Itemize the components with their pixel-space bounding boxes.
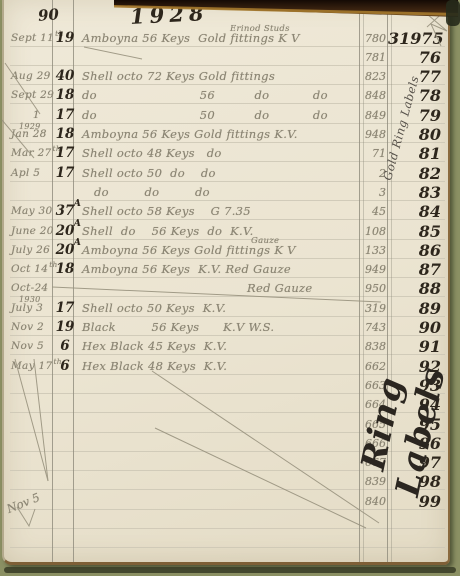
entry-description: Shell octo 48 Keys do <box>82 145 362 162</box>
quantity: 18 <box>53 126 77 143</box>
order-number: 781 <box>362 49 386 66</box>
ledger-row: Aug 2940Shell octo 72 Keys Gold fittings… <box>4 68 448 85</box>
quantity-note: A <box>74 195 81 212</box>
ledger-row: Sept 2918do 56 do do84878 <box>4 87 448 104</box>
ruled-line <box>10 547 445 548</box>
order-number: 948 <box>362 126 386 143</box>
entry-description: Black 56 Keys K.V W.S. <box>82 319 362 336</box>
entry-description: Shell octo 50 do do <box>82 165 362 182</box>
date-year-note: 1930 <box>19 291 41 308</box>
quantity: 17 <box>53 145 77 162</box>
entry-note: Gauze <box>251 233 279 250</box>
order-number: 949 <box>362 261 386 278</box>
ledger-row: Sept 11th19Amboyna 56 Keys Gold fittings… <box>4 30 448 47</box>
ledger-row: Mar 27th17Shell octo 48 Keys do7181 <box>4 145 448 162</box>
entry-date: May 30 <box>11 203 55 220</box>
quantity: 18 <box>53 87 77 104</box>
ledger-row: 78176 <box>4 49 448 66</box>
ledger-row: May 3037AShell octo 58 Keys G 7.354584 <box>4 203 448 220</box>
quantity: 6 <box>53 338 77 355</box>
entry-note: Erinod Studs <box>230 21 290 38</box>
entry-date: July 26 <box>11 242 55 259</box>
order-number: 823 <box>362 68 386 85</box>
quantity: 17 <box>53 107 77 124</box>
serial-number: 31975 <box>388 30 441 48</box>
quantity: 19 <box>53 319 77 336</box>
page-bottom-shadow <box>4 567 456 573</box>
serial-number: 87 <box>388 261 441 279</box>
entry-date: Sept 29 <box>11 87 55 104</box>
entry-description: Shell octo 50 Keys K.V. <box>82 300 362 317</box>
serial-number: 84 <box>388 203 441 221</box>
entry-description: Hex Black 48 Keys K.V. <box>82 358 362 375</box>
entry-description: Shell do 56 Keys do K.V. <box>82 223 362 240</box>
order-number: 780 <box>362 30 386 47</box>
entry-date: May 17th <box>11 358 55 375</box>
entry-description: Shell octo 58 Keys G 7.35 <box>82 203 362 220</box>
entry-description: Amboyna 56 Keys K.V. Red Gauze <box>82 261 362 278</box>
order-number: 848 <box>362 87 386 104</box>
order-number: 133 <box>362 242 386 259</box>
ledger-row: June 2020AShell do 56 Keys do K.V.10885 <box>4 223 448 240</box>
quantity: 40 <box>53 68 77 85</box>
year-heading: 1928 <box>129 0 209 29</box>
page-number: 90 <box>37 5 59 25</box>
ledger-row: July 3193017Shell octo 50 Keys K.V.31989 <box>4 300 448 317</box>
ledger-row: Jan 28192918Amboyna 56 Keys Gold fitting… <box>4 126 448 143</box>
entry-description: Shell octo 72 Keys Gold fittings <box>82 68 362 85</box>
quantity: 17 <box>53 300 77 317</box>
entry-description: do do do <box>82 184 374 201</box>
entry-date: July 31930 <box>11 300 55 317</box>
order-number: 950 <box>362 280 386 297</box>
ledger-row: 117do 50 do do84979 <box>4 107 448 124</box>
entry-description: Hex Black 45 Keys K.V. <box>82 338 362 355</box>
ledger-row: July 2620AAmboyna 56 Keys Gold fittings … <box>4 242 448 259</box>
entry-description: Amboyna 56 Keys Gold fittings K.V. <box>82 126 362 143</box>
quantity: 18 <box>53 261 77 278</box>
serial-number: 88 <box>388 280 441 298</box>
entry-description: do 50 do do <box>82 107 362 124</box>
serial-number: 83 <box>388 184 441 202</box>
entry-description: Amboyna 56 Keys Gold fittings K VErinod … <box>82 30 362 47</box>
quantity: 20A <box>53 242 77 259</box>
entry-date: Jan 281929 <box>11 126 55 143</box>
entry-description: Amboyna 56 Keys Gold fittings K VGauze <box>82 242 362 259</box>
entry-date: Aug 29 <box>11 68 55 85</box>
quantity: 17 <box>53 165 77 182</box>
entry-date: Nov 2 <box>11 319 55 336</box>
order-number: 71 <box>362 145 386 162</box>
quantity-note: A <box>74 215 81 232</box>
ledger-row: Oct-24Red Gauze95088 <box>4 280 448 297</box>
order-number: 849 <box>362 107 386 124</box>
serial-number: 86 <box>388 242 441 260</box>
ledger-row: Oct 14th18Amboyna 56 Keys K.V. Red Gauze… <box>4 261 448 278</box>
quantity-note: A <box>74 234 81 251</box>
entry-date: Mar 27th <box>11 145 55 162</box>
order-number: 108 <box>362 223 386 240</box>
entry-description: do 56 do do <box>82 87 362 104</box>
date-year-note: 1929 <box>19 118 41 135</box>
scanned-ledger-photo: 90 1928 Sept 11th19Amboyna 56 Keys Gold … <box>0 0 460 576</box>
entry-date: Nov 5 <box>11 338 55 355</box>
entry-date: Sept 11th <box>11 30 55 47</box>
order-number: 319 <box>362 300 386 317</box>
entry-date: Apl 5 <box>11 165 55 182</box>
quantity: 19 <box>53 30 77 47</box>
entry-date: Oct 14th <box>11 261 55 278</box>
order-number: 45 <box>362 203 386 220</box>
entry-date: June 20 <box>11 223 55 240</box>
quantity: 6 <box>53 358 77 375</box>
serial-number: 85 <box>388 223 441 241</box>
